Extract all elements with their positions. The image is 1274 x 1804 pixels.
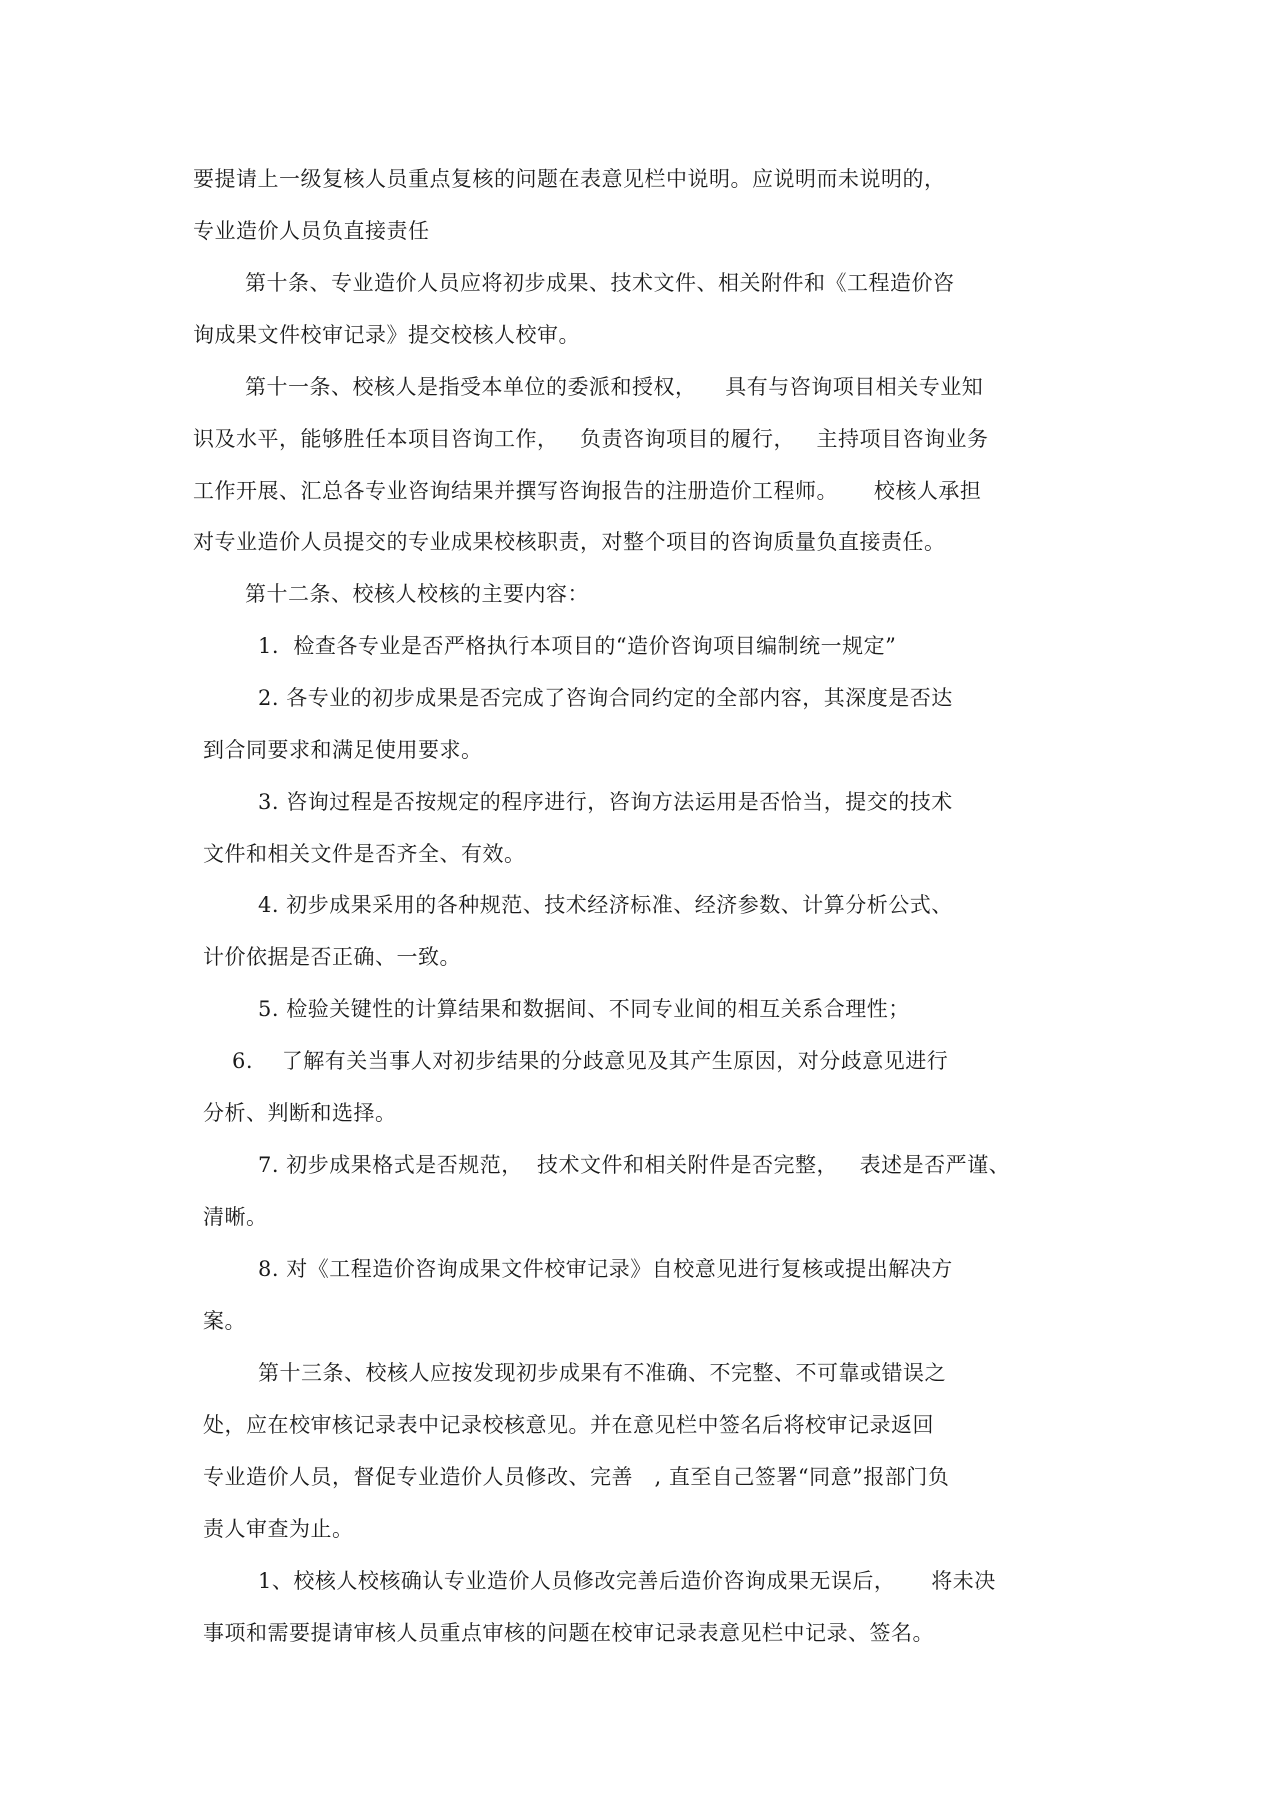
paragraph-line: 工作开展、汇总各专业咨询结果并撰写咨询报告的注册造价工程师。 校核人承担 [193, 478, 981, 504]
list-item-7: 7. 初步成果格式是否规范， 技术文件和相关附件是否完整， 表述是否严谨、 [258, 1152, 1010, 1178]
article-11-line: 第十一条、校核人是指受本单位的委派和授权， 具有与咨询项目相关专业知 [245, 374, 983, 400]
paragraph-line: 对专业造价人员提交的专业成果校核职责，对整个项目的咨询质量负直接责任。 [193, 529, 946, 555]
paragraph-line: 案。 [203, 1308, 246, 1334]
list-item-1: 1. 检查各专业是否严格执行本项目的“造价咨询项目编制统一规定” [258, 633, 896, 659]
list-item-5: 5. 检验关键性的计算结果和数据间、不同专业间的相互关系合理性； [258, 996, 910, 1022]
article-10-line: 第十条、专业造价人员应将初步成果、技术文件、相关附件和《工程造价咨 [245, 270, 955, 296]
list-item-3: 3. 咨询过程是否按规定的程序进行，咨询方法运用是否恰当，提交的技术 [258, 789, 953, 815]
paragraph-line: 询成果文件校审记录》提交校核人校审。 [193, 322, 580, 348]
paragraph-line: 计价依据是否正确、一致。 [203, 944, 461, 970]
paragraph-line: 到合同要求和满足使用要求。 [203, 737, 483, 763]
list-item-4: 4. 初步成果采用的各种规范、技术经济标准、经济参数、计算分析公式、 [258, 892, 953, 918]
list-item-2: 2. 各专业的初步成果是否完成了咨询合同约定的全部内容，其深度是否达 [258, 685, 953, 711]
list-item-8: 8. 对《工程造价咨询成果文件校审记录》自校意见进行复核或提出解决方 [258, 1256, 953, 1282]
paragraph-line: 责人审查为止。 [203, 1516, 354, 1542]
paragraph-line: 清晰。 [203, 1204, 268, 1230]
paragraph-line: 事项和需要提请审核人员重点审核的问题在校审记录表意见栏中记录、签名。 [203, 1620, 934, 1646]
paragraph-line: 专业造价人员负直接责任 [193, 218, 430, 244]
paragraph-line: 处，应在校审核记录表中记录校核意见。并在意见栏中签名后将校审记录返回 [203, 1412, 934, 1438]
paragraph-line: 要提请上一级复核人员重点复核的问题在表意见栏中说明。应说明而未说明的， [193, 166, 946, 192]
paragraph-line: 文件和相关文件是否齐全、有效。 [203, 841, 526, 867]
article-13-line: 第十三条、校核人应按发现初步成果有不准确、不完整、不可靠或错误之 [258, 1360, 946, 1386]
paragraph-line: 分析、判断和选择。 [203, 1100, 397, 1126]
list-item-6: 6. 了解有关当事人对初步结果的分歧意见及其产生原因，对分歧意见进行 [232, 1048, 948, 1074]
paragraph-line: 识及水平，能够胜任本项目咨询工作， 负责咨询项目的履行， 主持项目咨询业务 [193, 426, 989, 452]
sub-item-1: 1、校核人校核确认专业造价人员修改完善后造价咨询成果无误后， 将未决 [258, 1568, 996, 1594]
paragraph-line: 专业造价人员，督促专业造价人员修改、完善 , 直至自己签署“同意”报部门负 [203, 1464, 949, 1490]
article-12-line: 第十二条、校核人校核的主要内容： [245, 581, 589, 607]
